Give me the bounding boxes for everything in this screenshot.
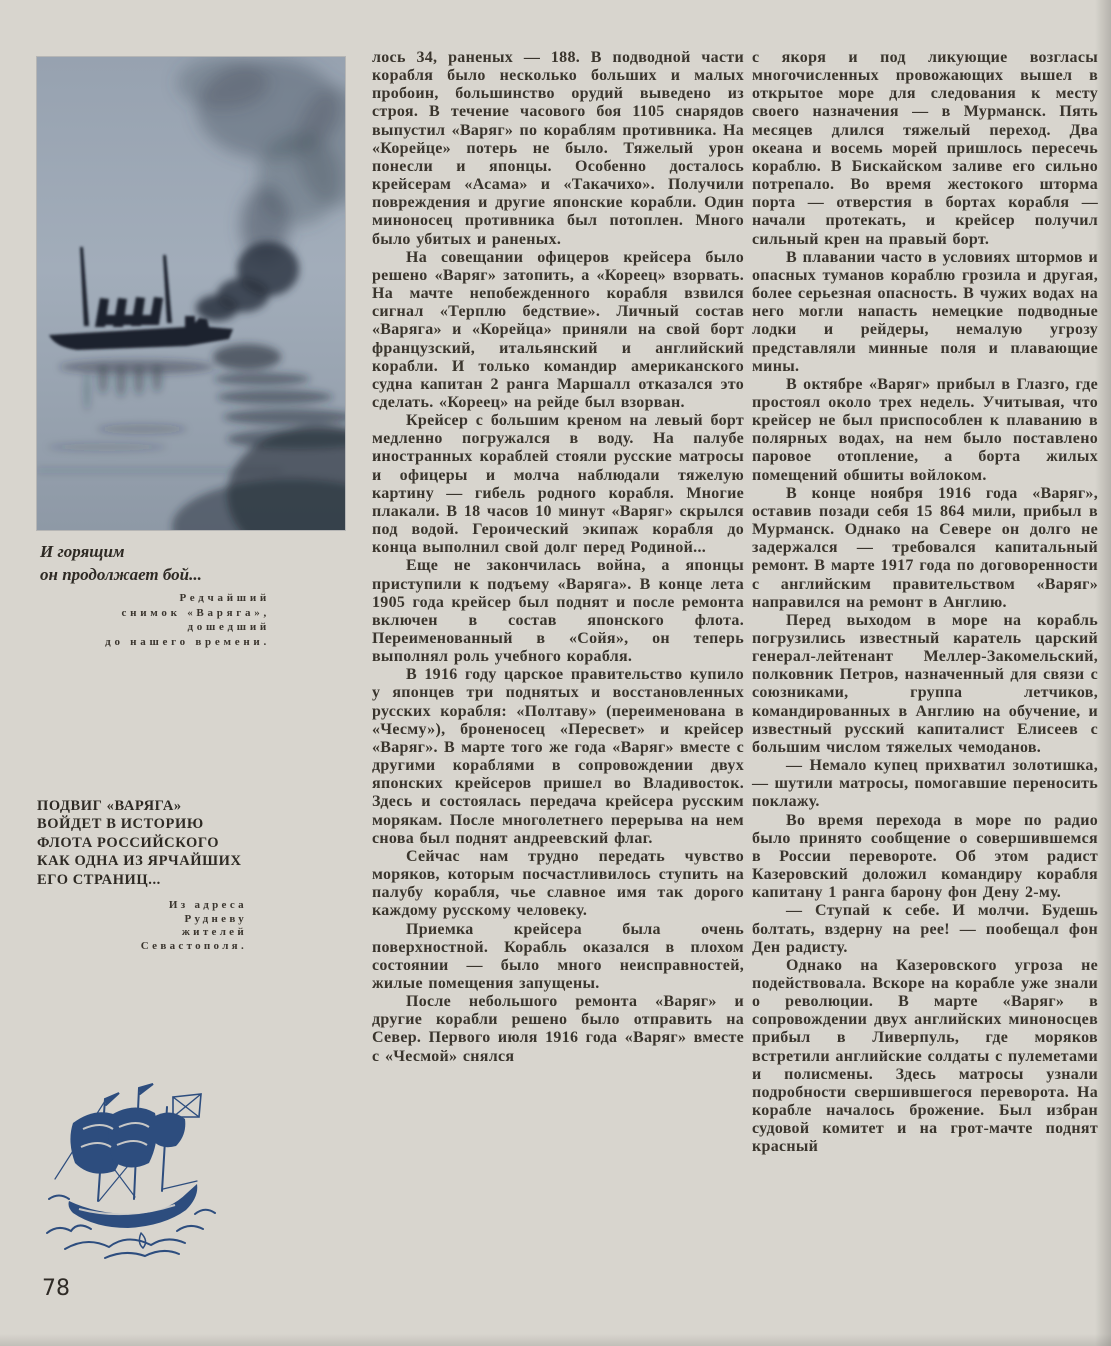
paragraph: Сейчас нам трудно передать чувство моряк… [372, 848, 744, 921]
varyag-photo [37, 57, 345, 530]
paragraph: Еще не закончилась война, а японцы прист… [372, 557, 744, 666]
text-line: Редчайший [40, 591, 270, 606]
text-line: он продолжает бой... [40, 563, 340, 586]
paragraph: В плавании часто в условиях штормов и оп… [752, 249, 1098, 376]
paragraph: В 1916 году царское правительство купило… [372, 666, 744, 848]
paragraph: — Немало купец прихватил золотишка,— шут… [752, 757, 1098, 811]
paragraph: Перед выходом в море на корабль погрузил… [752, 612, 1098, 757]
paragraph: лось 34, раненых — 188. В подводной част… [372, 49, 744, 249]
text-line: Из адреса [37, 899, 247, 913]
photo-caption-italic: И горящим он продолжает бой... [40, 540, 340, 586]
text-line: ПОДВИГ «ВАРЯГА» [37, 797, 342, 815]
paragraph: В октябре «Варяг» прибыл в Глазго, где п… [752, 376, 1098, 485]
text-line: Рудневу [37, 913, 247, 927]
sailing-ship-art [45, 1083, 223, 1267]
page-number: 78 [42, 1276, 70, 1301]
paragraph: Крейсер с большим креном на левый борт м… [372, 412, 744, 557]
paragraph: На совещании офицеров крейсера было реше… [372, 249, 744, 412]
text-line: Севастополя. [37, 940, 247, 954]
photo-credit: Редчайшийснимок «Варяга»,дошедшийдо наше… [40, 591, 270, 649]
paragraph: с якоря и под ликующие возгласы многочис… [752, 49, 1098, 249]
paragraph: После небольшого ремонта «Варяг» и други… [372, 993, 744, 1066]
text-line: ФЛОТА РОССИЙСКОГО [37, 834, 342, 852]
magazine-page: { "colors":{ "paper":"#d8d5ce", "ink":"#… [0, 0, 1111, 1346]
pull-quote-attribution: Из адресаРудневужителейСевастополя. [37, 899, 247, 953]
paragraph: В конце ноября 1916 года «Варяг», остави… [752, 485, 1098, 612]
text-line: дошедший [40, 620, 270, 635]
text-line: КАК ОДНА ИЗ ЯРЧАЙШИХ [37, 852, 342, 870]
text-line: жителей [37, 926, 247, 940]
text-line: снимок «Варяга», [40, 606, 270, 621]
text-column-middle: лось 34, раненых — 188. В подводной част… [372, 49, 744, 1066]
text-line: до нашего времени. [40, 635, 270, 650]
text-column-right: с якоря и под ликующие возгласы многочис… [752, 49, 1098, 1157]
paragraph: Однако на Казеровского угроза не подейст… [752, 957, 1098, 1157]
pull-quote-text: ПОДВИГ «ВАРЯГА»ВОЙДЕТ В ИСТОРИЮФЛОТА РОС… [37, 797, 342, 889]
varyag-photo-art [37, 57, 345, 530]
text-line: ВОЙДЕТ В ИСТОРИЮ [37, 815, 342, 833]
text-line: И горящим [40, 540, 340, 563]
sailing-ship-illustration [45, 1083, 223, 1267]
paragraph: — Ступай к себе. И молчи. Будешь болтать… [752, 902, 1098, 956]
text-line: ЕГО СТРАНИЦ... [37, 871, 342, 889]
photo-caption: И горящим он продолжает бой... Редчайший… [40, 540, 340, 649]
pull-quote: ПОДВИГ «ВАРЯГА»ВОЙДЕТ В ИСТОРИЮФЛОТА РОС… [37, 797, 342, 953]
paragraph: Приемка крейсера была очень поверхностно… [372, 921, 744, 994]
paragraph: Во время перехода в море по радио было п… [752, 812, 1098, 903]
